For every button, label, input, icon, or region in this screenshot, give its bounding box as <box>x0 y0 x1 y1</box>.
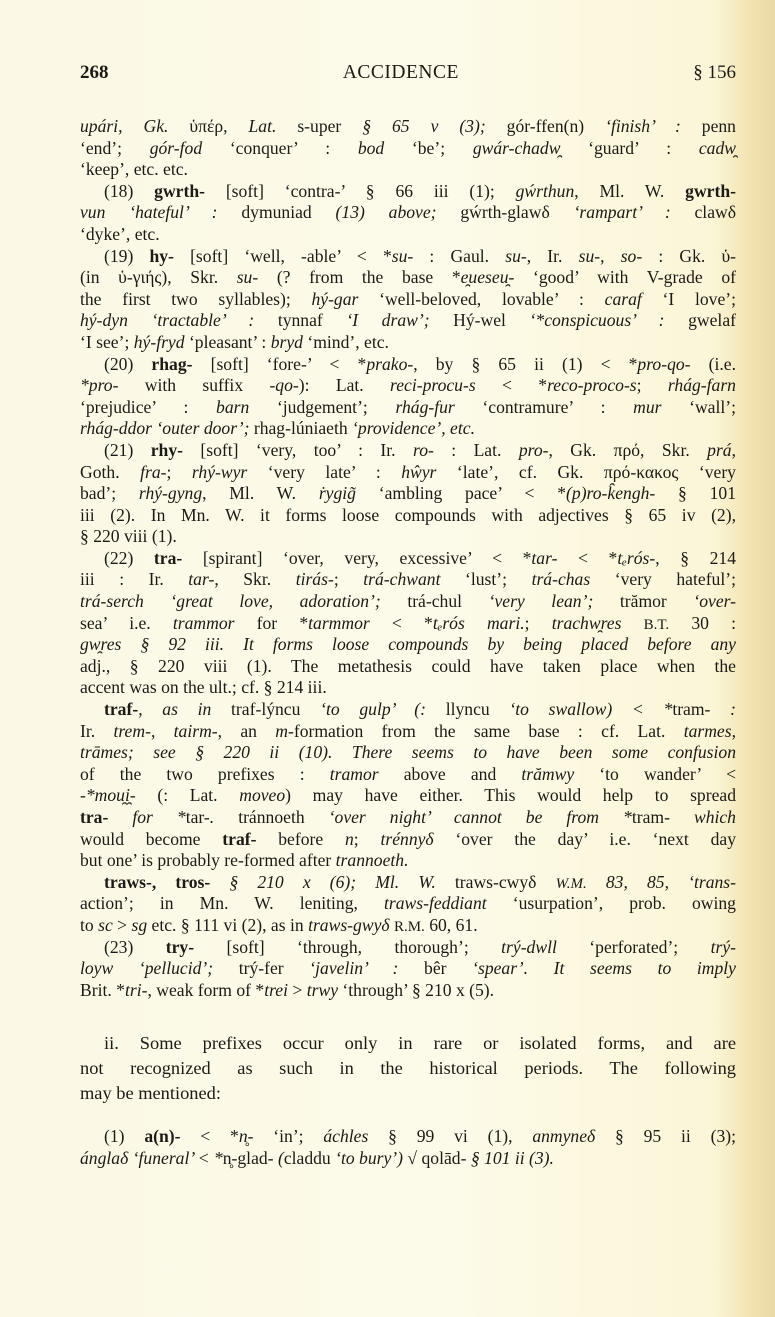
text-run: trá-chul <box>407 591 462 611</box>
text-line: ‘dyke’, etc. <box>80 224 736 246</box>
text-run: above and <box>379 764 522 784</box>
text-run: ‘judgement’; <box>249 397 395 417</box>
text-line: Goth. fra-; rhý-wyr ‘very late’ : hŵyr ‘… <box>80 462 736 484</box>
italic-form: W.M. 83, 85, ‘trans- <box>536 872 736 892</box>
text-run: R.M. 60, 61. <box>390 915 478 935</box>
italic-form: prako- <box>366 354 413 374</box>
text-line: not recognized as such in the historical… <box>80 1056 736 1081</box>
text-run: ‘conquer’ : <box>202 138 358 158</box>
italic-form: * <box>80 375 89 395</box>
italic-form: (13) above; <box>312 202 461 222</box>
italic-form: ‘I draw’; <box>323 310 453 330</box>
italic-form: mur <box>633 397 661 417</box>
text-line: (22) tra- [spirant] ‘over, very, excessi… <box>80 548 736 570</box>
text-run: , <box>600 246 621 266</box>
text-run: § 101 <box>655 483 736 503</box>
text-run: tránnoeth <box>238 807 304 827</box>
text-run: but one’ is probably re-formed after <box>80 850 336 870</box>
text-run: Hý-wel <box>453 310 506 330</box>
italic-form: loyw <box>80 958 113 978</box>
text-line: (18) gwrth- [soft] ‘contra-’ § 66 iii (1… <box>80 181 736 203</box>
text-run: ‘late’, cf. Gk. πρό-κακος ‘very <box>436 462 736 482</box>
text-run: ; <box>334 569 363 589</box>
headword: traf- <box>104 699 138 719</box>
italic-form: hý-gar <box>311 289 358 309</box>
italic-form: moveo <box>239 785 285 805</box>
text-run: (20) <box>104 354 151 374</box>
italic-form: barn <box>216 397 249 417</box>
text-line: hý-dyn ‘tractable’ : tynnaf ‘I draw’; Hý… <box>80 310 736 332</box>
text-line: rhág-ddor ‘outer door’; rhag-lúniaeth ‘p… <box>80 418 736 440</box>
italic-form: vun <box>80 202 105 222</box>
headword: a(n)- <box>144 1126 180 1146</box>
italic-form: trannoeth. <box>336 850 409 870</box>
text-run: (18) <box>104 181 154 201</box>
italic-form: ‘over- <box>667 591 736 611</box>
text-run: accent was on the ult.; cf. § 214 iii. <box>80 677 327 697</box>
italic-form: ‘pellucid’; <box>113 958 239 978</box>
text-line: ‘I see’; hý-fryd ‘pleasant’ : bryd ‘mind… <box>80 332 736 354</box>
text-run: for * <box>234 613 308 633</box>
italic-form: su- <box>237 267 259 287</box>
italic-form: , Gk. <box>118 116 189 136</box>
text-run: ‘contramure’ : <box>455 397 633 417</box>
italic-form: bryd <box>271 332 303 352</box>
headword: tra- <box>154 548 182 568</box>
text-run: (in ὑ-γιής), Skr. <box>80 267 237 287</box>
text-run: (1) <box>104 1126 144 1146</box>
italic-form: caraf <box>605 289 642 309</box>
italic-form: gẃrthun <box>516 181 575 201</box>
italic-form: upári <box>80 116 118 136</box>
text-line: gw̯res § 92 iii. It forms loose compound… <box>80 634 736 656</box>
italic-form: ‘funeral’ < * <box>128 1148 222 1168</box>
italic-form: , Lat. <box>223 116 297 136</box>
text-line: upári, Gk. ὑπέρ, Lat. s-uper § 65 v (3);… <box>80 116 736 138</box>
italic-form: -* <box>80 785 95 805</box>
source-abbrev: R.M. <box>394 919 425 935</box>
text-line: adj., § 220 viii (1). The metathesis cou… <box>80 656 736 678</box>
text-run: traws-cwyδ <box>455 872 537 892</box>
italic-form: ( <box>274 1148 284 1168</box>
text-run: , Ml. W. <box>574 181 685 201</box>
headword: tra- <box>80 807 108 827</box>
text-run: § 220 viii (1). <box>80 526 177 546</box>
italic-form: § 210 x (6); Ml. W. <box>210 872 455 892</box>
text-run: (21) <box>104 440 151 460</box>
text-run: , Ml. W. <box>202 483 319 503</box>
headword: traf- <box>222 829 256 849</box>
book-page: 268 ACCIDENCE § 156 upári, Gk. ὑπέρ, Lat… <box>80 62 736 1170</box>
italic-form: ‘rampart’ : <box>550 202 695 222</box>
text-line: Ir. trem-, tairm-, an m-formation from t… <box>80 721 736 743</box>
headword: gwrth- <box>685 181 736 201</box>
italic-form: pro- <box>519 440 549 460</box>
text-run: gwelaf <box>688 310 736 330</box>
text-run: ‘through’ § 210 x (5). <box>338 980 494 1000</box>
text-run: [soft] ‘well, -able’ < * <box>174 246 392 266</box>
text-run: -formation from the same base : cf. Lat. <box>288 721 684 741</box>
italic-form: § 101 ii (3). <box>466 1148 553 1168</box>
text-run: : Gk. ὑ- <box>642 246 736 266</box>
text-run: would become <box>80 829 222 849</box>
text-run: ‘very hateful’; <box>590 569 736 589</box>
text-run: [spirant] ‘over, very, excessive’ < * <box>182 548 531 568</box>
text-run: (19) <box>104 246 149 266</box>
text-run: Brit. * <box>80 980 125 1000</box>
italic-form: tramor <box>330 764 379 784</box>
italic-form: traws-feddiant <box>384 893 487 913</box>
italic-form: tirás- <box>296 569 334 589</box>
italic-form: trem- <box>113 721 150 741</box>
text-run: : Gaul. <box>413 246 505 266</box>
text-run: < * <box>476 375 547 395</box>
italic-form: rhág-fur <box>395 397 454 417</box>
headword: try- <box>166 937 194 957</box>
italic-form: which <box>670 807 736 827</box>
text-run: not recognized as such in the historical… <box>80 1058 736 1078</box>
text-run: , Skr. <box>214 569 295 589</box>
italic-form: ‘javelin’ : <box>284 958 424 978</box>
headword: rhag- <box>151 354 192 374</box>
italic-form: for * <box>108 807 185 827</box>
italic-form: ‘spear’. It seems to imply <box>447 958 737 978</box>
text-run: ; <box>525 613 552 633</box>
text-run: § 95 ii (3); <box>595 1126 736 1146</box>
text-line: would become traf- before n; trénnyδ ‘ov… <box>80 829 736 851</box>
italic-form: gór-fod <box>150 138 202 158</box>
text-run: [soft] ‘fore-’ < * <box>192 354 366 374</box>
text-run: ‘end’; <box>80 138 150 158</box>
italic-form: tarmmor <box>308 613 370 633</box>
headword: rhy- <box>151 440 183 460</box>
text-run: ‘in’; <box>253 1126 323 1146</box>
text-run: ii. Some prefixes occur only in rare or … <box>104 1033 736 1053</box>
text-run: > <box>288 980 307 1000</box>
italic-form: su- <box>505 246 527 266</box>
italic-form: , as in <box>138 699 231 719</box>
italic-form: trá-chas <box>532 569 591 589</box>
italic-form: ánglaδ <box>80 1148 128 1168</box>
text-run: traf-lýncu <box>231 699 300 719</box>
italic-form: ‘very lean’; <box>462 591 620 611</box>
italic-form: rhý-gyng <box>139 483 202 503</box>
italic-form: ‘outer door’; <box>152 418 254 438</box>
text-line: of the two prefixes : tramor above and t… <box>80 764 736 786</box>
text-run: [soft] ‘through, thorough’; <box>194 937 501 957</box>
text-line: (21) rhy- [soft] ‘very, too’ : Ir. ro- :… <box>80 440 736 462</box>
italic-form: : <box>710 699 736 719</box>
text-line: (23) try- [soft] ‘through, thorough’; tr… <box>80 937 736 959</box>
section-number: § 156 <box>693 62 736 84</box>
text-run: ‘ambling pace’ < * <box>356 483 566 503</box>
text-run: ‘guard’ : <box>560 138 698 158</box>
italic-form: (p)ro-k̑engh- <box>566 483 655 503</box>
text-line: iii (2). In Mn. W. it forms loose compou… <box>80 505 736 527</box>
text-run: iii : Ir. <box>80 569 188 589</box>
text-run: < * <box>370 613 433 633</box>
text-line: *pro- with suffix -qo-): Lat. reci-procu… <box>80 375 736 397</box>
text-run: qolād- <box>421 1148 466 1168</box>
text-line: but one’ is probably re-formed after tra… <box>80 850 736 872</box>
text-run: , <box>732 440 736 460</box>
italic-form: ‘providence’, etc. <box>348 418 475 438</box>
italic-form: -qo- <box>269 375 298 395</box>
text-line: may be mentioned: <box>80 1081 736 1106</box>
source-abbrev: B.T. <box>644 617 670 633</box>
text-line: vun ‘hateful’ : dymuniad (13) above; gẃr… <box>80 202 736 224</box>
text-run: bad’; <box>80 483 139 503</box>
text-run: iii (2). In Mn. W. it forms loose compou… <box>80 505 736 525</box>
italic-form: hŵyr <box>401 462 436 482</box>
text-run: ; <box>166 462 191 482</box>
italic-form: ‘over night’ cannot be from * <box>305 807 632 827</box>
text-run: [soft] ‘very, too’ : Ir. <box>183 440 413 460</box>
italic-form: tairm- <box>174 721 218 741</box>
text-run: , Gk. πρό, Skr. <box>548 440 707 460</box>
italic-form: trămwy <box>521 764 574 784</box>
text-run: ‘mind’, etc. <box>303 332 389 352</box>
text-run: to <box>80 915 98 935</box>
text-line: accent was on the ult.; cf. § 214 iii. <box>80 677 736 699</box>
headword: traws-, tros- <box>104 872 210 892</box>
text-run: trý-fer <box>239 958 284 978</box>
italic-form: tₑrós mari. <box>433 613 525 633</box>
italic-form: reco-proco-s <box>547 375 637 395</box>
text-run: ‘perforated’; <box>557 937 711 957</box>
italic-form: trāmes <box>80 742 128 762</box>
text-run: ‘I love’; <box>642 289 736 309</box>
italic-form: so- <box>621 246 643 266</box>
text-run: ‘very late’ : <box>247 462 401 482</box>
text-line: ánglaδ ‘funeral’ < *n̥-glad- (claddu ‘to… <box>80 1148 736 1170</box>
text-line: tra- for *tar-. tránnoeth ‘over night’ c… <box>80 807 736 829</box>
text-run: Ir. <box>80 721 113 741</box>
text-run: ‘keep’, etc. etc. <box>80 159 188 179</box>
italic-form: § 92 iii. It forms loose compounds by be… <box>121 634 736 654</box>
text-line: traf-, as in traf-lýncu ‘to gulp’ (: lly… <box>80 699 736 721</box>
text-run: > <box>113 915 132 935</box>
text-run: s-uper <box>297 116 341 136</box>
text-line: loyw ‘pellucid’; trý-fer ‘javelin’ : bêr… <box>80 958 736 980</box>
text-line: (1) a(n)- < *n̥- ‘in’; áchles § 99 vi (1… <box>80 1126 736 1148</box>
text-run: ): Lat. <box>299 375 390 395</box>
text-line: trāmes; see § 220 ii (10). There seems t… <box>80 742 736 764</box>
italic-form: n <box>345 829 354 849</box>
text-run: sea’ i.e. <box>80 613 173 633</box>
italic-form: rhág-ddor <box>80 418 152 438</box>
text-line: the first two syllables); hý-gar ‘well-b… <box>80 289 736 311</box>
italic-form: sc <box>98 915 113 935</box>
italic-form: trý-dwll <box>501 937 557 957</box>
text-run: with suffix <box>118 375 269 395</box>
text-run: : Lat. <box>434 440 519 460</box>
text-run: Goth. <box>80 462 140 482</box>
text-run: B.T. 30 : <box>621 613 736 633</box>
text-run: ‘to wander’ < <box>574 764 736 784</box>
text-run: bêr <box>424 958 446 978</box>
page-number: 268 <box>80 62 109 84</box>
text-run: , Ir. <box>527 246 579 266</box>
body-text: upári, Gk. ὑπέρ, Lat. s-uper § 65 v (3);… <box>80 116 736 1170</box>
text-run: trămor <box>620 591 667 611</box>
italic-form: ‘hateful’ : <box>105 202 241 222</box>
italic-form: tar- <box>531 548 557 568</box>
text-run: clawδ <box>695 202 737 222</box>
italic-form: ; see § 220 ii (10). There seems to have… <box>128 742 736 762</box>
text-run: penn <box>702 116 736 136</box>
italic-form: sg <box>131 915 147 935</box>
italic-form: tri- <box>125 980 147 1000</box>
text-line: § 220 viii (1). <box>80 526 736 548</box>
text-run: ὑπέρ <box>189 116 223 136</box>
italic-form: hý-fryd <box>134 332 185 352</box>
text-run: ‘wall’; <box>661 397 736 417</box>
text-run: , an <box>218 721 276 741</box>
text-run: etc. § 111 vi (2), as in <box>147 915 308 935</box>
text-run: of the two prefixes : <box>80 764 330 784</box>
italic-form: ṙygig̃ <box>319 483 356 503</box>
text-run: (i.e. <box>691 354 736 374</box>
text-run: llyncu <box>446 699 490 719</box>
italic-form: trammor <box>173 613 235 633</box>
italic-form: ‘finish’ : <box>584 116 702 136</box>
text-run: before <box>256 829 345 849</box>
text-run: tynnaf <box>278 310 323 330</box>
text-run: tram- <box>672 699 710 719</box>
text-run: < * <box>557 548 617 568</box>
text-run: ‘over the day’ i.e. ‘next day <box>434 829 736 849</box>
italic-form: trei <box>264 980 288 1000</box>
italic-form: ‘great love, adoration’; <box>144 591 407 611</box>
italic-form: gwár-chadw̯ <box>473 138 561 158</box>
text-line: iii : Ir. tar-, Skr. tirás-; trá-chwant … <box>80 569 736 591</box>
text-run: action’; in Mn. W. leniting, <box>80 893 384 913</box>
text-line: ‘prejudice’ : barn ‘judgement’; rhág-fur… <box>80 397 736 419</box>
italic-form: ‘to bury’) √ <box>331 1148 422 1168</box>
text-line: (19) hy- [soft] ‘well, -able’ < *su- : G… <box>80 246 736 268</box>
italic-form: áchles <box>323 1126 368 1146</box>
text-line: -*mou̯i̯- (: Lat. moveo) may have either… <box>80 785 736 807</box>
italic-form: . <box>210 807 238 827</box>
text-line: action’; in Mn. W. leniting, traws-feddi… <box>80 893 736 915</box>
text-line: traws-, tros- § 210 x (6); Ml. W. traws-… <box>80 872 736 894</box>
text-run: ‘be’; <box>384 138 473 158</box>
italic-form: prá <box>707 440 731 460</box>
text-line: (in ὑ-γιής), Skr. su- (? from the base *… <box>80 267 736 289</box>
text-run: ) may have either. This would help to sp… <box>285 785 736 805</box>
italic-form: rhý-wyr <box>192 462 247 482</box>
italic-form: reci-procu-s <box>390 375 476 395</box>
headword: gwrth- <box>154 181 205 201</box>
headword: hy- <box>149 246 173 266</box>
text-run: (? from the base * <box>258 267 460 287</box>
text-run: the first two syllables); <box>80 289 311 309</box>
text-line: trá-serch ‘great love, adoration’; trá-c… <box>80 591 736 613</box>
text-line: ‘keep’, etc. etc. <box>80 159 736 181</box>
italic-form: hý-dyn <box>80 310 128 330</box>
running-header: 268 ACCIDENCE § 156 <box>80 62 736 90</box>
italic-form: tar- <box>188 569 214 589</box>
italic-form: fra- <box>140 462 166 482</box>
italic-form: mou̯i̯- <box>95 785 136 805</box>
text-run: ‘pleasant’ : <box>185 332 271 352</box>
text-run: < * <box>181 1126 239 1146</box>
italic-form: ro- <box>413 440 434 460</box>
source-abbrev: W.M. <box>556 876 587 892</box>
running-title: ACCIDENCE <box>343 62 459 84</box>
text-run: ‘usurpation’, prob. owing <box>487 893 736 913</box>
text-run: ‘well-beloved, lovable’ : <box>358 289 604 309</box>
italic-form: su- <box>579 246 601 266</box>
text-run: rhag-lúniaeth <box>254 418 348 438</box>
text-run: § 99 vi (1), <box>368 1126 532 1146</box>
italic-form: rhág-farn <box>668 375 736 395</box>
italic-form: pro-qo- <box>637 354 690 374</box>
italic-form: cadw̯ <box>699 138 736 158</box>
text-run: , <box>151 721 174 741</box>
text-run: tram- <box>632 807 670 827</box>
text-run: gẃrth-glawδ <box>460 202 549 222</box>
text-line: ii. Some prefixes occur only in rare or … <box>80 1031 736 1056</box>
text-line: Brit. *tri-, weak form of *trei > trwy ‘… <box>80 980 736 1002</box>
text-run: ‘lust’; <box>440 569 531 589</box>
italic-form: tarmes <box>684 721 732 741</box>
italic-form: pro- <box>89 375 119 395</box>
text-run: , <box>732 721 736 741</box>
italic-form: bod <box>358 138 384 158</box>
text-run: ‘good’ with V-grade of <box>514 267 736 287</box>
italic-form: su- <box>392 246 414 266</box>
text-line: (20) rhag- [soft] ‘fore-’ < *prako-, by … <box>80 354 736 376</box>
italic-form: trá-chwant <box>363 569 440 589</box>
italic-form: § 65 v (3); <box>341 116 506 136</box>
italic-form: tₑrós- <box>617 548 655 568</box>
italic-form: ‘to swallow) < * <box>490 699 673 719</box>
italic-form: trwy <box>307 980 338 1000</box>
italic-form: trachw̯res <box>552 613 622 633</box>
text-run: [soft] ‘contra-’ § 66 iii (1); <box>205 181 516 201</box>
text-run: n̥-glad- <box>223 1148 274 1168</box>
text-line: bad’; rhý-gyng, Ml. W. ṙygig̃ ‘ambling p… <box>80 483 736 505</box>
text-run: (22) <box>104 548 154 568</box>
italic-form: e̯ueseu̯- <box>461 267 515 287</box>
text-run: ‘prejudice’ : <box>80 397 216 417</box>
text-run: (: Lat. <box>136 785 240 805</box>
italic-form: trá-serch <box>80 591 144 611</box>
text-run: , § 214 <box>655 548 736 568</box>
text-run: , by § 65 ii (1) < * <box>413 354 637 374</box>
italic-form: n̥- <box>239 1126 254 1146</box>
text-run: tar- <box>186 807 210 827</box>
text-run: ‘dyke’, etc. <box>80 224 160 244</box>
text-run: ‘I see’; <box>80 332 134 352</box>
text-run: (23) <box>104 937 166 957</box>
italic-form: trý- <box>711 937 736 957</box>
text-line: to sc > sg etc. § 111 vi (2), as in traw… <box>80 915 736 937</box>
text-run: , weak form of * <box>147 980 264 1000</box>
text-line: sea’ i.e. trammor for *tarmmor < *tₑrós … <box>80 613 736 635</box>
text-run: gór-ffen(n) <box>507 116 584 136</box>
italic-form: traws-gwyδ <box>308 915 390 935</box>
text-run: ; <box>637 375 668 395</box>
text-run: claddu <box>284 1148 331 1168</box>
italic-form: anmyneδ <box>532 1126 595 1146</box>
text-run: may be mentioned: <box>80 1083 221 1103</box>
italic-form: m <box>275 721 288 741</box>
text-line: ‘end’; gór-fod ‘conquer’ : bod ‘be’; gwá… <box>80 138 736 160</box>
italic-form: ‘*conspicuous’ : <box>506 310 688 330</box>
